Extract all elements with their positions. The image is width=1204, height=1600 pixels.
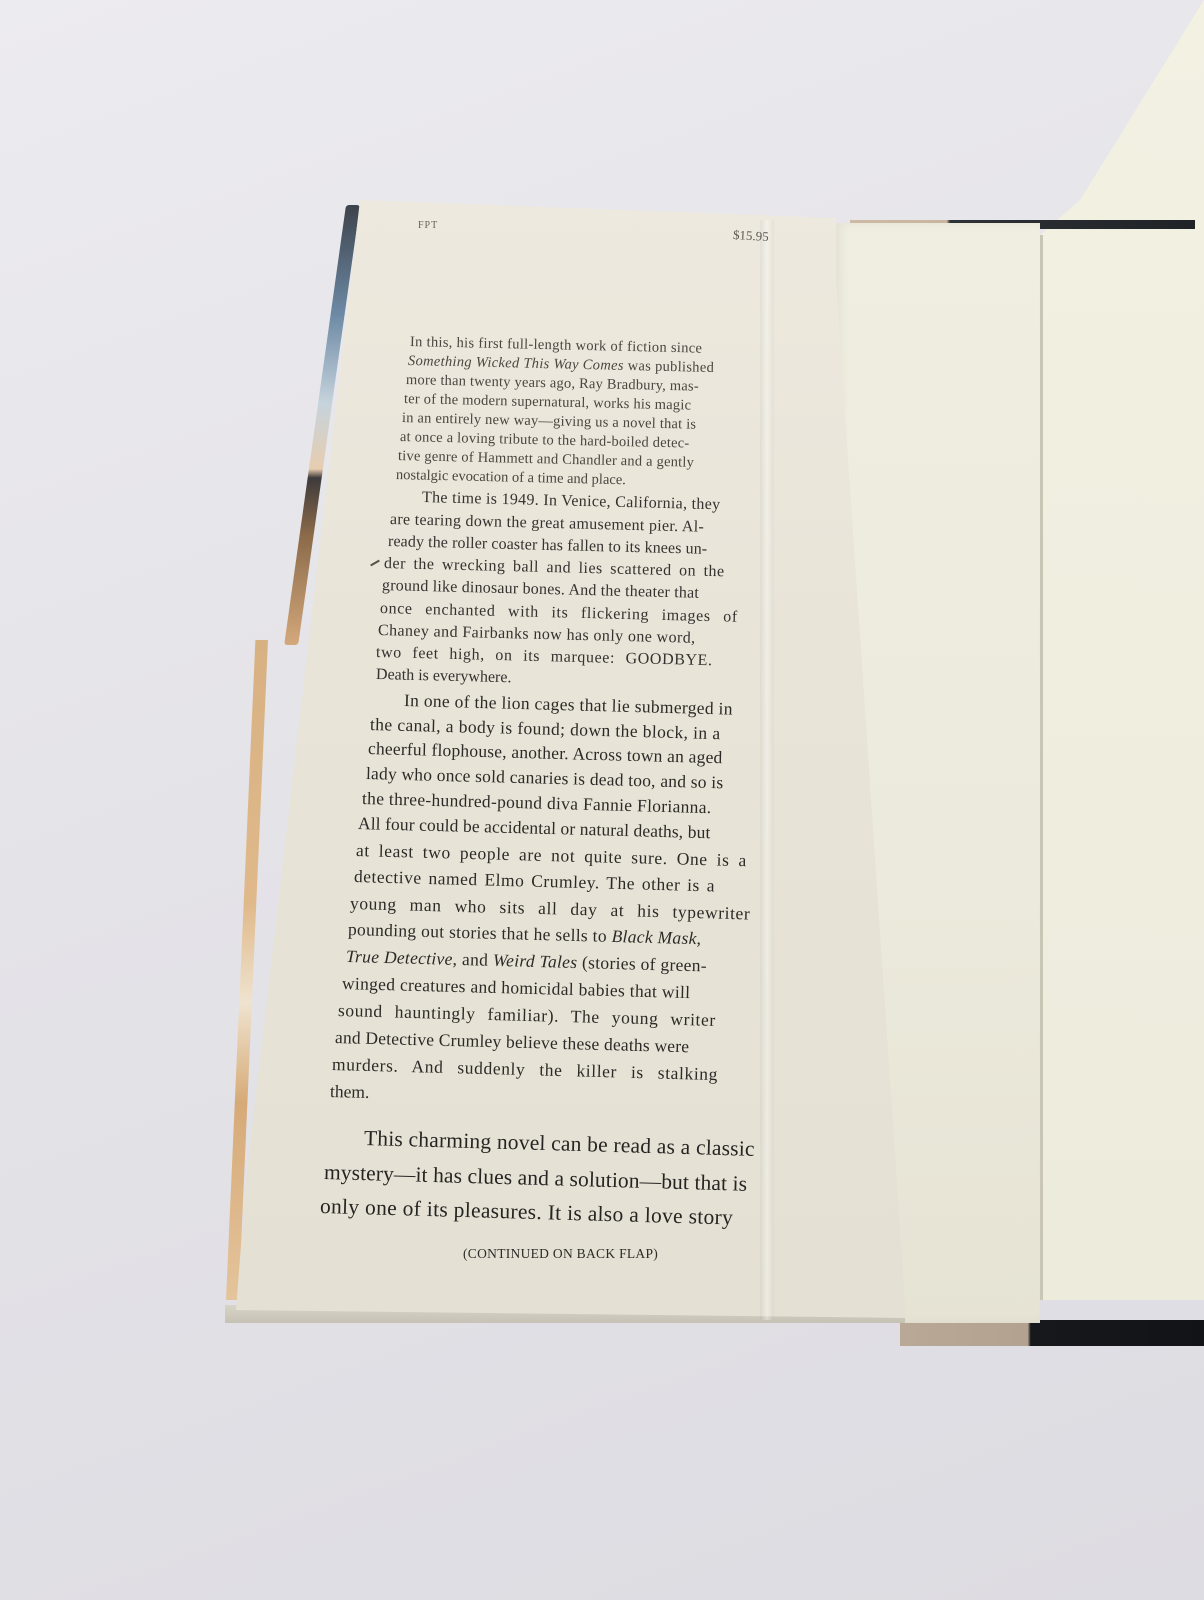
code-mark: FPT (418, 220, 438, 231)
text-line: Death is everywhere. (376, 666, 512, 687)
right-page (1040, 0, 1204, 1300)
price-label: $15.95 (733, 227, 770, 245)
continued-note: (CONTINUED ON BACK FLAP) (463, 1246, 658, 1262)
page-gutter (1040, 235, 1043, 1300)
book-board-bottom-edge (900, 1320, 1204, 1346)
text-line: them. (330, 1081, 370, 1103)
flap-fold-crease (760, 220, 774, 1320)
